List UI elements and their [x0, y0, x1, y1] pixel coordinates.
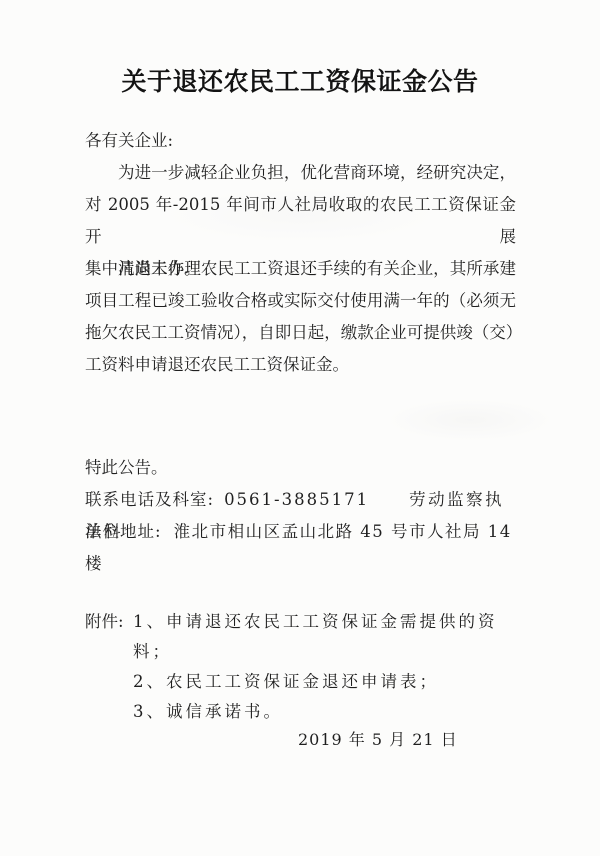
document-page: 关于退还农民工工资保证金公告 各有关企业: 为进一步减轻企业负担，优化营商环境，…	[0, 0, 600, 856]
paragraph-2: 凡尚未办理农民工工资退还手续的有关企业，其所承建 项目工程已竣工验收合格或实际交…	[85, 253, 516, 381]
issue-date: 2019 年 5 月 21 日	[298, 724, 458, 756]
paragraph-1-line-2: 对 2005 年-2015 年间市人社局收取的农民工工资保证金开展	[85, 189, 516, 253]
attachment-item-1: 1、申请退还农民工工资保证金需提供的资料；	[133, 607, 516, 667]
closing-note: 特此公告。	[85, 452, 516, 484]
attachments-list: 1、申请退还农民工工资保证金需提供的资料； 2、农民工工资保证金退还申请表； 3…	[133, 607, 516, 727]
paragraph-2-line-3: 拖欠农民工工资情况），自即日起，缴款企业可提供竣（交）	[85, 317, 516, 349]
contact-label: 联系电话及科室:	[85, 490, 214, 509]
paragraph-2-line-1: 凡尚未办理农民工工资退还手续的有关企业，其所承建	[85, 253, 516, 285]
contact-phone: 0561-3885171	[224, 490, 369, 509]
address-line: 单位地址:淮北市相山区孟山北路 45 号市人社局 14 楼	[85, 516, 516, 580]
attachments-block: 附件: 1、申请退还农民工工资保证金需提供的资料； 2、农民工工资保证金退还申请…	[85, 607, 516, 727]
salutation: 各有关企业:	[85, 125, 516, 157]
address-label: 单位地址:	[85, 522, 162, 541]
attachment-item-3: 3、诚信承诺书。	[133, 697, 516, 727]
paragraph-2-line-2: 项目工程已竣工验收合格或实际交付使用满一年的（必须无	[85, 285, 516, 317]
document-title: 关于退还农民工工资保证金公告	[0, 62, 600, 98]
attachments-label: 附件:	[85, 607, 133, 727]
attachment-item-2: 2、农民工工资保证金退还申请表；	[133, 667, 516, 697]
paragraph-2-line-4: 工资料申请退还农民工工资保证金。	[85, 349, 516, 381]
paragraph-1-line-1: 为进一步减轻企业负担，优化营商环境，经研究决定，	[85, 157, 516, 189]
